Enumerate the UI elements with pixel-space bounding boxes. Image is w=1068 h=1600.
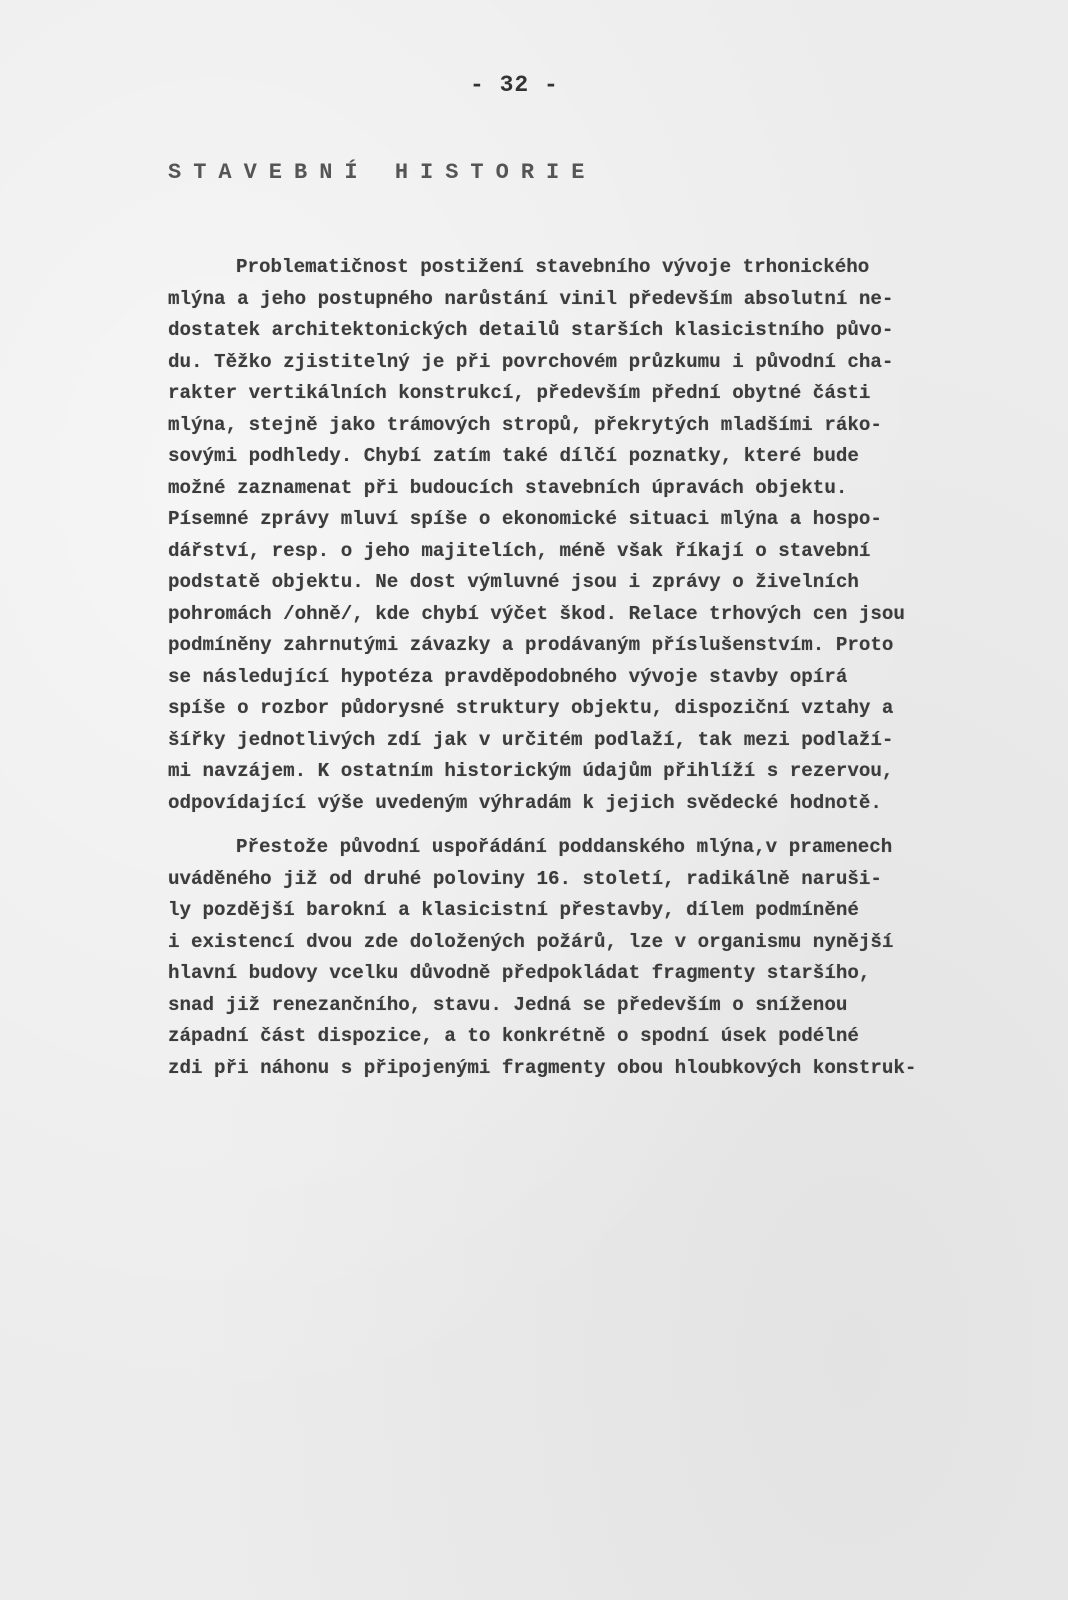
text-line: du. Těžko zjistitelný je při povrchovém … bbox=[168, 347, 1048, 379]
paragraph: Problematičnost postižení stavebního výv… bbox=[168, 252, 1048, 819]
text-line: pohromách /ohně/, kde chybí výčet škod. … bbox=[168, 599, 1048, 631]
text-line: zdi při náhonu s připojenými fragmenty o… bbox=[168, 1053, 1048, 1085]
text-line: spíše o rozbor půdorysné struktury objek… bbox=[168, 693, 1048, 725]
text-line: dostatek architektonických detailů starš… bbox=[168, 315, 1048, 347]
text-line: podstatě objektu. Ne dost výmluvné jsou … bbox=[168, 567, 1048, 599]
text-line: západní část dispozice, a to konkrétně o… bbox=[168, 1021, 1048, 1053]
text-line: možné zaznamenat při budoucích stavebníc… bbox=[168, 473, 1048, 505]
text-line: Písemné zprávy mluví spíše o ekonomické … bbox=[168, 504, 1048, 536]
text-line: odpovídající výše uvedeným výhradám k je… bbox=[168, 788, 1048, 820]
text-line: sovými podhledy. Chybí zatím také dílčí … bbox=[168, 441, 1048, 473]
text-line: rakter vertikálních konstrukcí, předevší… bbox=[168, 378, 1048, 410]
paragraph-gap bbox=[168, 819, 1048, 832]
page-number: - 32 - bbox=[470, 72, 559, 98]
text-line: mlýna a jeho postupného narůstání vinil … bbox=[168, 284, 1048, 316]
text-line: Přestože původní uspořádání poddanského … bbox=[168, 832, 1048, 864]
text-line: mlýna, stejně jako trámových stropů, pře… bbox=[168, 410, 1048, 442]
body-text: Problematičnost postižení stavebního výv… bbox=[168, 252, 1048, 1084]
paragraph: Přestože původní uspořádání poddanského … bbox=[168, 832, 1048, 1084]
document-page: - 32 - STAVEBNÍ HISTORIE Problematičnost… bbox=[0, 0, 1068, 1600]
text-line: snad již renezančního, stavu. Jedná se p… bbox=[168, 990, 1048, 1022]
text-line: Problematičnost postižení stavebního výv… bbox=[168, 252, 1048, 284]
text-line: šířky jednotlivých zdí jak v určitém pod… bbox=[168, 725, 1048, 757]
section-heading: STAVEBNÍ HISTORIE bbox=[168, 160, 596, 185]
paragraph-container: Problematičnost postižení stavebního výv… bbox=[168, 252, 1048, 1084]
text-line: uváděného již od druhé poloviny 16. stol… bbox=[168, 864, 1048, 896]
text-line: se následující hypotéza pravděpodobného … bbox=[168, 662, 1048, 694]
text-line: mi navzájem. K ostatním historickým údaj… bbox=[168, 756, 1048, 788]
text-line: podmíněny zahrnutými závazky a prodávaný… bbox=[168, 630, 1048, 662]
text-line: dářství, resp. o jeho majitelích, méně v… bbox=[168, 536, 1048, 568]
text-line: ly pozdější barokní a klasicistní přesta… bbox=[168, 895, 1048, 927]
text-line: i existencí dvou zde doložených požárů, … bbox=[168, 927, 1048, 959]
text-line: hlavní budovy vcelku důvodně předpokláda… bbox=[168, 958, 1048, 990]
